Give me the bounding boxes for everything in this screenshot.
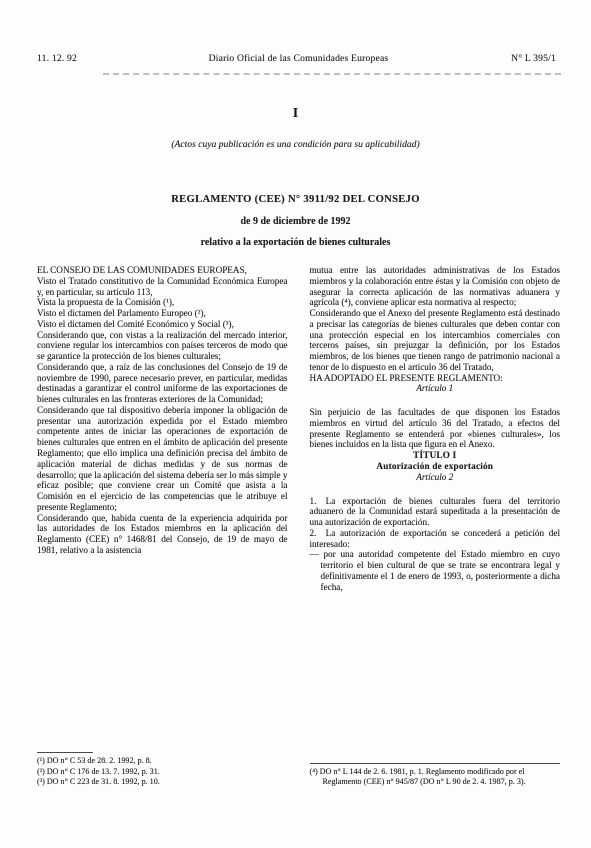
section-numeral: I bbox=[0, 106, 591, 122]
header-journal-title: Diario Oficial de las Comunidades Europe… bbox=[37, 53, 560, 64]
preamble-opening: EL CONSEJO DE LAS COMUNIDADES EUROPEAS, bbox=[37, 265, 288, 276]
header-date: 11. 12. 92 bbox=[33, 53, 81, 64]
footnote-separator bbox=[37, 752, 93, 753]
section-note: (Actos cuya publicación es una condición… bbox=[0, 139, 591, 150]
title-1-heading: TÍTULO I bbox=[310, 450, 561, 461]
article-2-indent-1: — por una autoridad competente del Estad… bbox=[310, 549, 561, 592]
article-1-heading: Artículo 1 bbox=[310, 383, 561, 394]
recital-authorisation-system: Considerando que tal dispositivo debería… bbox=[37, 405, 288, 513]
regulation-date-line: de 9 de diciembre de 1992 bbox=[0, 216, 591, 227]
regulation-title: REGLAMENTO (CEE) N° 3911/92 DEL CONSEJO bbox=[0, 194, 591, 205]
header-issue: N° L 395/1 bbox=[507, 53, 560, 64]
enacting-formula: HA ADOPTADO EL PRESENTE REGLAMENTO: bbox=[310, 373, 561, 384]
footnote-4: (⁴) DO n° L 144 de 2. 6. 1981, p. 1. Reg… bbox=[310, 767, 561, 788]
left-column: EL CONSEJO DE LAS COMUNIDADES EUROPEAS, … bbox=[37, 265, 288, 788]
article-2-heading: Artículo 2 bbox=[310, 472, 561, 483]
citation-treaty: Visto el Tratado constitutivo de la Comu… bbox=[37, 276, 288, 298]
recital-experience: Considerando que, habida cuenta de la ex… bbox=[37, 513, 288, 556]
page-header: Diario Oficial de las Comunidades Europe… bbox=[37, 53, 560, 64]
header-rule bbox=[103, 73, 561, 75]
footnote-3: (³) DO n° C 223 de 31. 8. 1992, p. 10. bbox=[37, 777, 288, 788]
footnote-2: (²) DO n° C 176 de 13. 7. 1992, p. 31. bbox=[37, 767, 288, 778]
footnote-separator bbox=[310, 763, 561, 764]
article-2-paragraph-2: 2. La autorización de exportación se con… bbox=[310, 528, 561, 550]
citation-ecosoc-opinion: Visto el dictamen del Comité Económico y… bbox=[37, 319, 288, 330]
journal-page: Diario Oficial de las Comunidades Europe… bbox=[0, 0, 591, 848]
citation-parliament-opinion: Visto el dictamen del Parlamento Europeo… bbox=[37, 308, 288, 319]
citation-commission-proposal: Vista la propuesta de la Comisión (¹), bbox=[37, 297, 288, 308]
recital-internal-market: Considerando que, con vistas a la realiz… bbox=[37, 330, 288, 362]
left-footnotes: (¹) DO n° C 53 de 28. 2. 1992, p. 8. (²)… bbox=[37, 752, 288, 788]
recital-annex-categories: Considerando que el Anexo del presente R… bbox=[310, 308, 561, 373]
right-footnotes: (⁴) DO n° L 144 de 2. 6. 1981, p. 1. Reg… bbox=[310, 763, 561, 788]
recital-mutual-assistance: mutua entre las autoridades administrati… bbox=[310, 265, 561, 308]
recital-council-conclusions: Considerando que, a raíz de las conclusi… bbox=[37, 362, 288, 405]
act-title-block: REGLAMENTO (CEE) N° 3911/92 DEL CONSEJO … bbox=[0, 194, 591, 248]
title-1-subheading: Autorización de exportación bbox=[310, 461, 561, 472]
footnote-1: (¹) DO n° C 53 de 28. 2. 1992, p. 8. bbox=[37, 756, 288, 767]
right-column: mutua entre las autoridades administrati… bbox=[310, 265, 561, 788]
article-1-text: Sin perjuicio de las facultades de que d… bbox=[310, 407, 561, 450]
article-2-paragraph-1: 1. La exportación de bienes culturales f… bbox=[310, 496, 561, 528]
regulation-subject-line: relativo a la exportación de bienes cult… bbox=[0, 237, 591, 248]
body-columns: EL CONSEJO DE LAS COMUNIDADES EUROPEAS, … bbox=[37, 265, 560, 788]
